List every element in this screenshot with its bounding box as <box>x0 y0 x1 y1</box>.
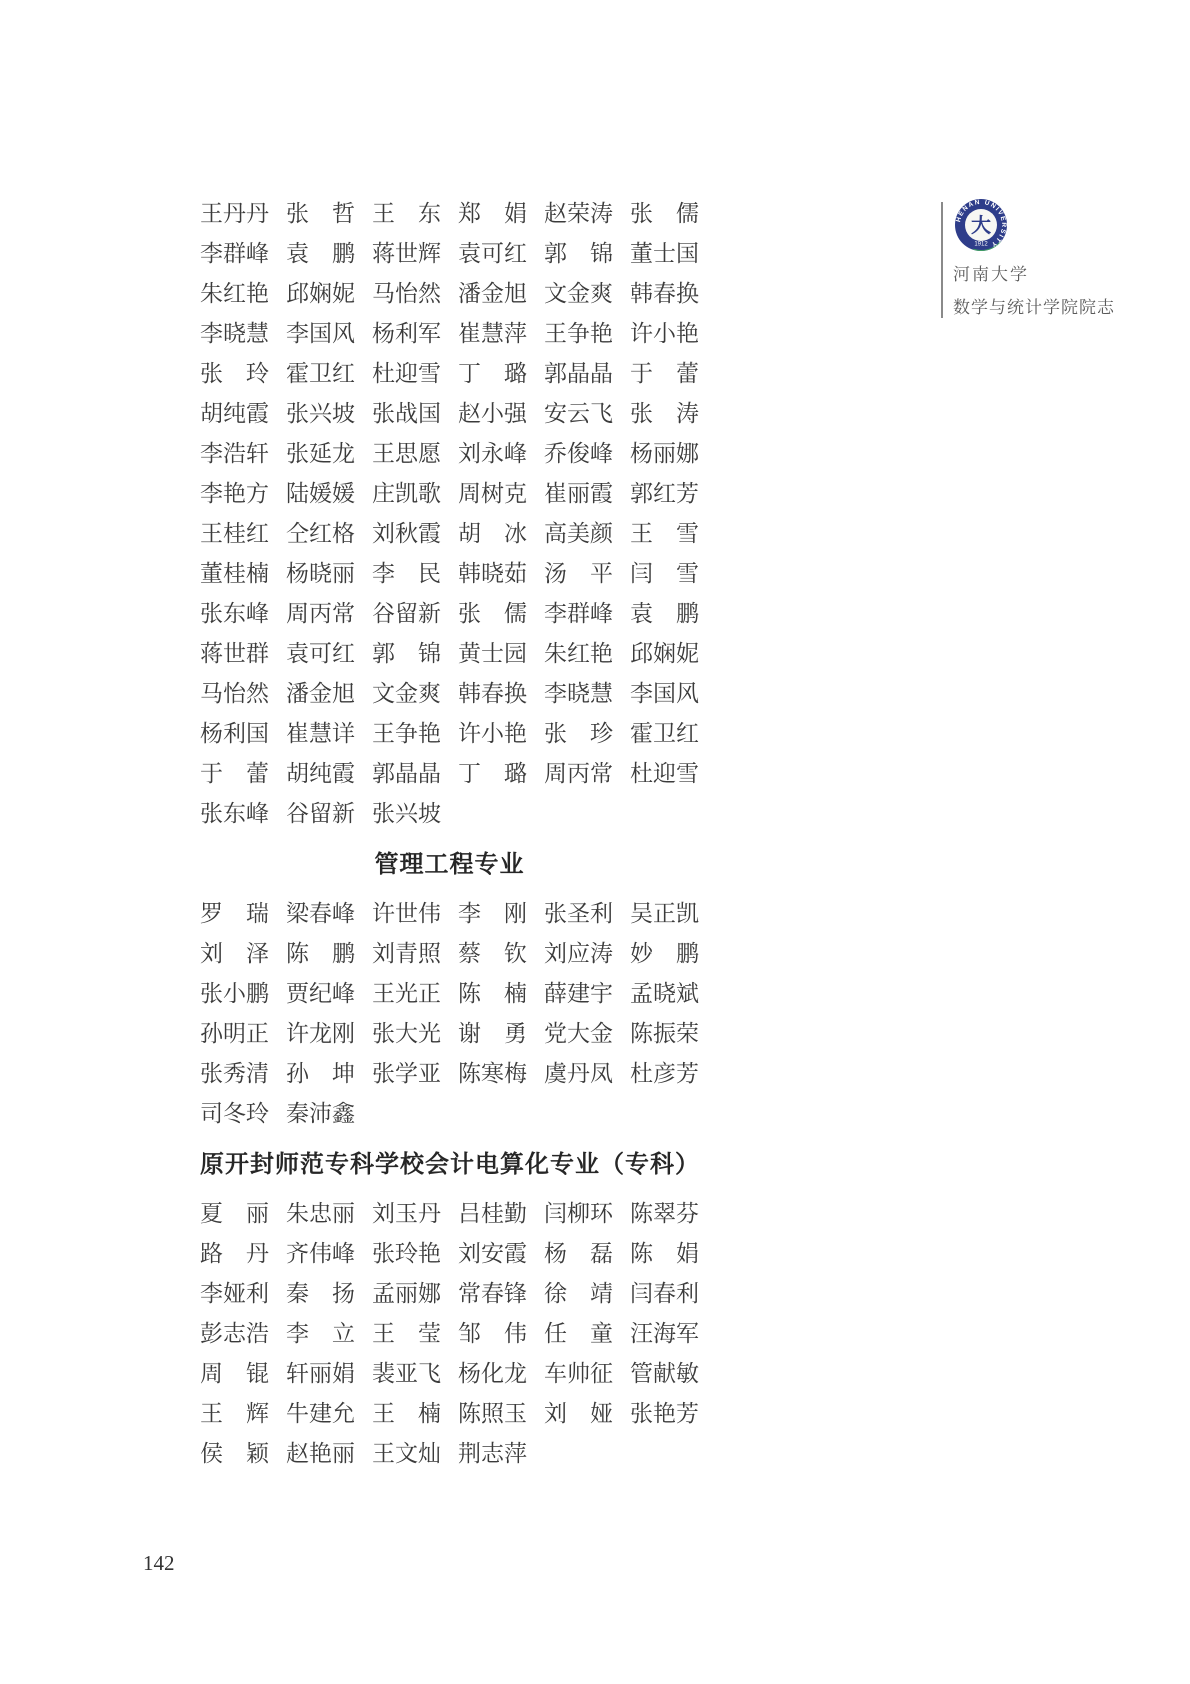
student-name: 杨丽娜 <box>630 442 699 465</box>
student-name: 汤平 <box>544 562 613 585</box>
student-name: 丁璐 <box>458 762 527 785</box>
student-name: 杜彦芳 <box>630 1062 699 1085</box>
student-name: 张玲 <box>200 362 269 385</box>
name-row: 于蕾胡纯霞郭晶晶丁璐周丙常杜迎雪 <box>200 753 699 793</box>
name-row: 夏丽朱忠丽刘玉丹吕桂勤闫柳环陈翠芬 <box>200 1193 699 1233</box>
student-name: 许世伟 <box>372 902 441 925</box>
student-name: 杜迎雪 <box>630 762 699 785</box>
student-name: 杨利国 <box>200 722 269 745</box>
student-name: 郭晶晶 <box>372 762 441 785</box>
student-name: 孙坤 <box>286 1062 355 1085</box>
name-row: 彭志浩李立王莹邹伟任童汪海军 <box>200 1313 699 1353</box>
book-title: 数学与统计学院院志 <box>953 293 1115 318</box>
page-number: 142 <box>143 1551 175 1576</box>
name-row: 刘泽陈鹏刘青照蔡钦刘应涛妙鹏 <box>200 933 699 973</box>
student-name: 刘永峰 <box>458 442 527 465</box>
student-name: 张兴坡 <box>372 802 441 825</box>
student-name: 董桂楠 <box>200 562 269 585</box>
student-name: 黄士园 <box>458 642 527 665</box>
student-name: 霍卫红 <box>286 362 355 385</box>
name-row: 李艳方陆媛媛庄凯歌周树克崔丽霞郭红芳 <box>200 473 699 513</box>
student-name: 于蕾 <box>200 762 269 785</box>
student-name: 庄凯歌 <box>372 482 441 505</box>
student-name: 管献敏 <box>630 1362 699 1385</box>
student-name: 韩春换 <box>630 282 699 305</box>
student-name: 张珍 <box>544 722 613 745</box>
student-name: 崔丽霞 <box>544 482 613 505</box>
student-name: 胡纯霞 <box>200 402 269 425</box>
student-name: 郑娟 <box>458 202 527 225</box>
student-name: 朱红艳 <box>544 642 613 665</box>
student-name: 安云飞 <box>544 402 613 425</box>
student-name: 王楠 <box>372 1402 441 1425</box>
student-name: 张兴坡 <box>286 402 355 425</box>
student-name: 薛建宇 <box>544 982 613 1005</box>
student-name: 文金爽 <box>372 682 441 705</box>
student-name: 李娅利 <box>200 1282 269 1305</box>
student-name: 于蕾 <box>630 362 699 385</box>
student-name: 李国风 <box>630 682 699 705</box>
student-name: 任童 <box>544 1322 613 1345</box>
sidebar-divider <box>941 202 943 318</box>
student-name: 王丹丹 <box>200 202 269 225</box>
student-name: 陈照玉 <box>458 1402 527 1425</box>
student-name: 许龙刚 <box>286 1022 355 1045</box>
student-name: 李艳方 <box>200 482 269 505</box>
university-seal-icon: HENAN UNIVERSITY 1912 大 <box>954 198 1008 252</box>
student-name: 罗瑞 <box>200 902 269 925</box>
name-row: 王桂红仝红格刘秋霞胡冰高美颜王雪 <box>200 513 699 553</box>
student-name: 王争艳 <box>544 322 613 345</box>
student-name: 杨晓丽 <box>286 562 355 585</box>
student-name: 牛建允 <box>286 1402 355 1425</box>
student-name: 陈楠 <box>458 982 527 1005</box>
student-name: 孟晓斌 <box>630 982 699 1005</box>
student-name: 潘金旭 <box>458 282 527 305</box>
student-name: 李立 <box>286 1322 355 1345</box>
student-name: 杨利军 <box>372 322 441 345</box>
student-name: 赵艳丽 <box>286 1442 355 1465</box>
student-name: 李浩轩 <box>200 442 269 465</box>
name-row: 张东峰周丙常谷留新张儒李群峰袁鹏 <box>200 593 699 633</box>
student-name: 闫春利 <box>630 1282 699 1305</box>
student-name: 马怡然 <box>200 682 269 705</box>
name-row: 侯颖赵艳丽王文灿荆志萍 <box>200 1433 699 1473</box>
student-name: 朱红艳 <box>200 282 269 305</box>
student-name: 侯颖 <box>200 1442 269 1465</box>
student-name: 张儒 <box>630 202 699 225</box>
student-name: 吕桂勤 <box>458 1202 527 1225</box>
student-name: 蒋世辉 <box>372 242 441 265</box>
student-name: 乔俊峰 <box>544 442 613 465</box>
name-row: 马怡然潘金旭文金爽韩春换李晓慧李国风 <box>200 673 699 713</box>
name-row: 张东峰谷留新张兴坡 <box>200 793 699 833</box>
student-name: 贾纪峰 <box>286 982 355 1005</box>
name-row: 司冬玲秦沛鑫 <box>200 1093 699 1133</box>
student-name: 虞丹凤 <box>544 1062 613 1085</box>
student-name: 谢勇 <box>458 1022 527 1045</box>
student-name: 车帅征 <box>544 1362 613 1385</box>
student-name: 周树克 <box>458 482 527 505</box>
student-name: 谷留新 <box>286 802 355 825</box>
student-name: 董士国 <box>630 242 699 265</box>
student-name: 轩丽娟 <box>286 1362 355 1385</box>
student-name: 赵小强 <box>458 402 527 425</box>
student-name: 陈寒梅 <box>458 1062 527 1085</box>
student-name: 徐靖 <box>544 1282 613 1305</box>
student-name: 李民 <box>372 562 441 585</box>
student-name: 刘秋霞 <box>372 522 441 545</box>
student-name: 周丙常 <box>286 602 355 625</box>
name-row: 李群峰袁鹏蒋世辉袁可红郭锦董士国 <box>200 233 699 273</box>
name-row: 周锟轩丽娟裴亚飞杨化龙车帅征管献敏 <box>200 1353 699 1393</box>
name-row: 李娅利秦扬孟丽娜常春锋徐靖闫春利 <box>200 1273 699 1313</box>
student-name: 韩晓茹 <box>458 562 527 585</box>
student-name: 党大金 <box>544 1022 613 1045</box>
student-name: 邹伟 <box>458 1322 527 1345</box>
name-row: 胡纯霞张兴坡张战国赵小强安云飞张涛 <box>200 393 699 433</box>
student-name: 陈翠芬 <box>630 1202 699 1225</box>
student-name: 刘娅 <box>544 1402 613 1425</box>
name-row: 杨利国崔慧详王争艳许小艳张珍霍卫红 <box>200 713 699 753</box>
student-name: 王雪 <box>630 522 699 545</box>
student-name: 王文灿 <box>372 1442 441 1465</box>
student-name: 张艳芳 <box>630 1402 699 1425</box>
name-row: 董桂楠杨晓丽李民韩晓茹汤平闫雪 <box>200 553 699 593</box>
student-name: 刘玉丹 <box>372 1202 441 1225</box>
student-name: 郭锦 <box>372 642 441 665</box>
student-name: 张玲艳 <box>372 1242 441 1265</box>
student-name: 吴正凯 <box>630 902 699 925</box>
student-name: 秦沛鑫 <box>286 1102 355 1125</box>
name-row: 孙明正许龙刚张大光谢勇党大金陈振荣 <box>200 1013 699 1053</box>
student-name: 张圣利 <box>544 902 613 925</box>
student-name: 赵荣涛 <box>544 202 613 225</box>
student-name: 陈娟 <box>630 1242 699 1265</box>
name-row: 张秀清孙坤张学亚陈寒梅虞丹凤杜彦芳 <box>200 1053 699 1093</box>
name-row: 张小鹏贾纪峰王光正陈楠薛建宇孟晓斌 <box>200 973 699 1013</box>
section-heading: 原开封师范专科学校会计电算化专业（专科） <box>200 1145 699 1185</box>
student-name: 李群峰 <box>544 602 613 625</box>
student-name: 裴亚飞 <box>372 1362 441 1385</box>
student-name: 李晓慧 <box>200 322 269 345</box>
university-name: 河南大学 <box>953 260 1029 285</box>
student-name: 陈振荣 <box>630 1022 699 1045</box>
student-name: 袁鹏 <box>630 602 699 625</box>
student-name: 袁可红 <box>286 642 355 665</box>
student-name: 王争艳 <box>372 722 441 745</box>
student-name: 许小艳 <box>630 322 699 345</box>
student-name: 刘青照 <box>372 942 441 965</box>
name-row: 张玲霍卫红杜迎雪丁璐郭晶晶于蕾 <box>200 353 699 393</box>
student-name: 马怡然 <box>372 282 441 305</box>
student-name: 袁可红 <box>458 242 527 265</box>
student-name: 郭红芳 <box>630 482 699 505</box>
name-row: 王丹丹张哲王东郑娟赵荣涛张儒 <box>200 193 699 233</box>
student-name: 李刚 <box>458 902 527 925</box>
student-name: 王辉 <box>200 1402 269 1425</box>
student-name: 胡冰 <box>458 522 527 545</box>
name-row: 路丹齐伟峰张玲艳刘安霞杨磊陈娟 <box>200 1233 699 1273</box>
student-name: 王莹 <box>372 1322 441 1345</box>
student-name: 韩春换 <box>458 682 527 705</box>
name-row: 朱红艳邱娴妮马怡然潘金旭文金爽韩春换 <box>200 273 699 313</box>
student-name: 张战国 <box>372 402 441 425</box>
student-name: 常春锋 <box>458 1282 527 1305</box>
section-heading: 管理工程专业 <box>200 845 699 885</box>
name-row: 蒋世群袁可红郭锦黄士园朱红艳邱娴妮 <box>200 633 699 673</box>
student-name: 崔慧萍 <box>458 322 527 345</box>
student-name: 仝红格 <box>286 522 355 545</box>
student-name: 张学亚 <box>372 1062 441 1085</box>
name-row: 李晓慧李国风杨利军崔慧萍王争艳许小艳 <box>200 313 699 353</box>
student-name: 孙明正 <box>200 1022 269 1045</box>
student-name: 张小鹏 <box>200 982 269 1005</box>
student-name: 杜迎雪 <box>372 362 441 385</box>
student-name: 蒋世群 <box>200 642 269 665</box>
student-name: 张东峰 <box>200 602 269 625</box>
student-name: 李晓慧 <box>544 682 613 705</box>
student-name: 周锟 <box>200 1362 269 1385</box>
name-row: 王辉牛建允王楠陈照玉刘娅张艳芳 <box>200 1393 699 1433</box>
name-row: 罗瑞梁春峰许世伟李刚张圣利吴正凯 <box>200 893 699 933</box>
student-name: 秦扬 <box>286 1282 355 1305</box>
student-name: 梁春峰 <box>286 902 355 925</box>
student-name: 霍卫红 <box>630 722 699 745</box>
student-name: 王东 <box>372 202 441 225</box>
student-name: 杨化龙 <box>458 1362 527 1385</box>
student-name: 齐伟峰 <box>286 1242 355 1265</box>
student-name: 谷留新 <box>372 602 441 625</box>
student-name: 杨磊 <box>544 1242 613 1265</box>
student-name: 张儒 <box>458 602 527 625</box>
student-name: 刘泽 <box>200 942 269 965</box>
student-name: 孟丽娜 <box>372 1282 441 1305</box>
student-name: 闫柳环 <box>544 1202 613 1225</box>
seal-monogram: 大 <box>971 213 991 237</box>
student-name: 丁璐 <box>458 362 527 385</box>
student-name: 汪海军 <box>630 1322 699 1345</box>
student-name: 张东峰 <box>200 802 269 825</box>
student-name: 朱忠丽 <box>286 1202 355 1225</box>
student-name: 胡纯霞 <box>286 762 355 785</box>
student-name: 刘安霞 <box>458 1242 527 1265</box>
student-name: 张哲 <box>286 202 355 225</box>
student-name: 崔慧详 <box>286 722 355 745</box>
student-name: 郭晶晶 <box>544 362 613 385</box>
student-name: 文金爽 <box>544 282 613 305</box>
student-name: 许小艳 <box>458 722 527 745</box>
student-name: 彭志浩 <box>200 1322 269 1345</box>
student-name: 张涛 <box>630 402 699 425</box>
student-name: 邱娴妮 <box>286 282 355 305</box>
student-name: 王思愿 <box>372 442 441 465</box>
student-name: 荆志萍 <box>458 1442 527 1465</box>
student-name: 闫雪 <box>630 562 699 585</box>
henan-university-logo: HENAN UNIVERSITY 1912 大 <box>954 198 1008 252</box>
student-name: 路丹 <box>200 1242 269 1265</box>
student-name: 王光正 <box>372 982 441 1005</box>
document-page: 王丹丹张哲王东郑娟赵荣涛张儒李群峰袁鹏蒋世辉袁可红郭锦董士国朱红艳邱娴妮马怡然潘… <box>0 0 1190 1684</box>
student-name: 司冬玲 <box>200 1102 269 1125</box>
student-name: 蔡钦 <box>458 942 527 965</box>
student-name: 陆媛媛 <box>286 482 355 505</box>
student-name: 高美颜 <box>544 522 613 545</box>
student-name: 夏丽 <box>200 1202 269 1225</box>
roster: 王丹丹张哲王东郑娟赵荣涛张儒李群峰袁鹏蒋世辉袁可红郭锦董士国朱红艳邱娴妮马怡然潘… <box>200 193 699 1473</box>
student-name: 郭锦 <box>544 242 613 265</box>
student-name: 张大光 <box>372 1022 441 1045</box>
student-name: 周丙常 <box>544 762 613 785</box>
student-name: 李群峰 <box>200 242 269 265</box>
student-name: 袁鹏 <box>286 242 355 265</box>
student-name: 邱娴妮 <box>630 642 699 665</box>
student-name: 陈鹏 <box>286 942 355 965</box>
student-name: 潘金旭 <box>286 682 355 705</box>
student-name: 李国风 <box>286 322 355 345</box>
student-name: 张延龙 <box>286 442 355 465</box>
student-name: 张秀清 <box>200 1062 269 1085</box>
seal-year: 1912 <box>974 242 988 248</box>
name-row: 李浩轩张延龙王思愿刘永峰乔俊峰杨丽娜 <box>200 433 699 473</box>
student-name: 刘应涛 <box>544 942 613 965</box>
student-name: 王桂红 <box>200 522 269 545</box>
student-name: 妙鹏 <box>630 942 699 965</box>
